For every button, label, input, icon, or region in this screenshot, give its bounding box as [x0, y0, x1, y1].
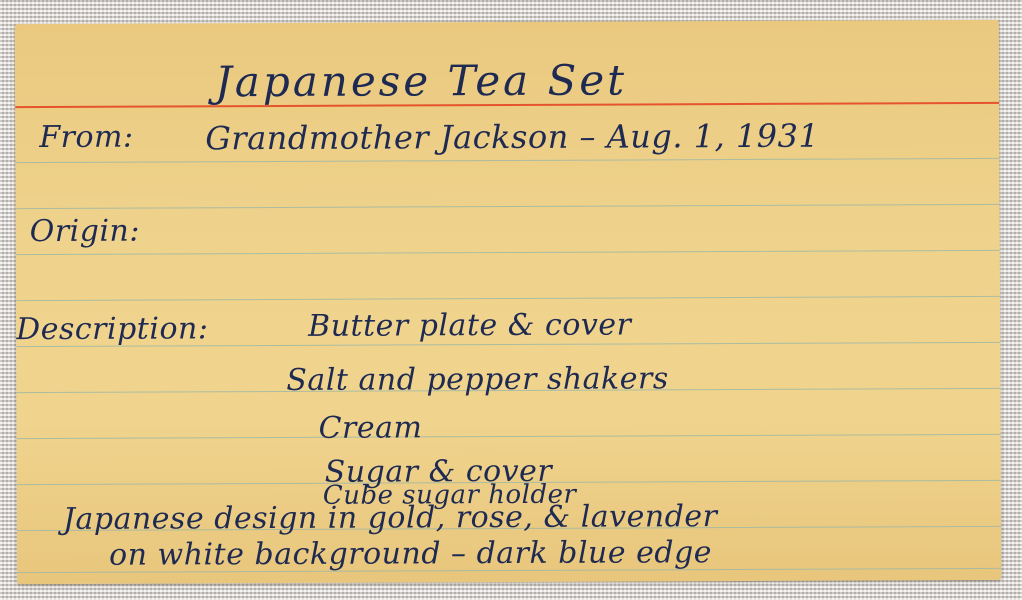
from-label: From:: [39, 120, 133, 155]
description-item: Butter plate & cover: [308, 307, 631, 343]
ruled-line: [16, 250, 1000, 255]
from-value: Grandmother Jackson – Aug. 1, 1931: [205, 117, 819, 158]
design-note: on white background – dark blue edge: [109, 535, 712, 573]
description-item: Salt and pepper shakers: [286, 361, 668, 398]
index-card: Japanese Tea Set From: Grandmother Jacks…: [15, 20, 1001, 584]
design-note: Japanese design in gold, rose, & lavende…: [63, 499, 718, 537]
ruled-line: [17, 434, 1001, 439]
origin-label: Origin:: [30, 214, 140, 249]
ruled-line: [16, 296, 1000, 301]
ruled-line: [16, 204, 1000, 209]
description-label: Description:: [16, 311, 208, 347]
ruled-line: [15, 158, 999, 163]
card-title: Japanese Tea Set: [215, 55, 627, 106]
description-item: Cream: [318, 410, 422, 445]
